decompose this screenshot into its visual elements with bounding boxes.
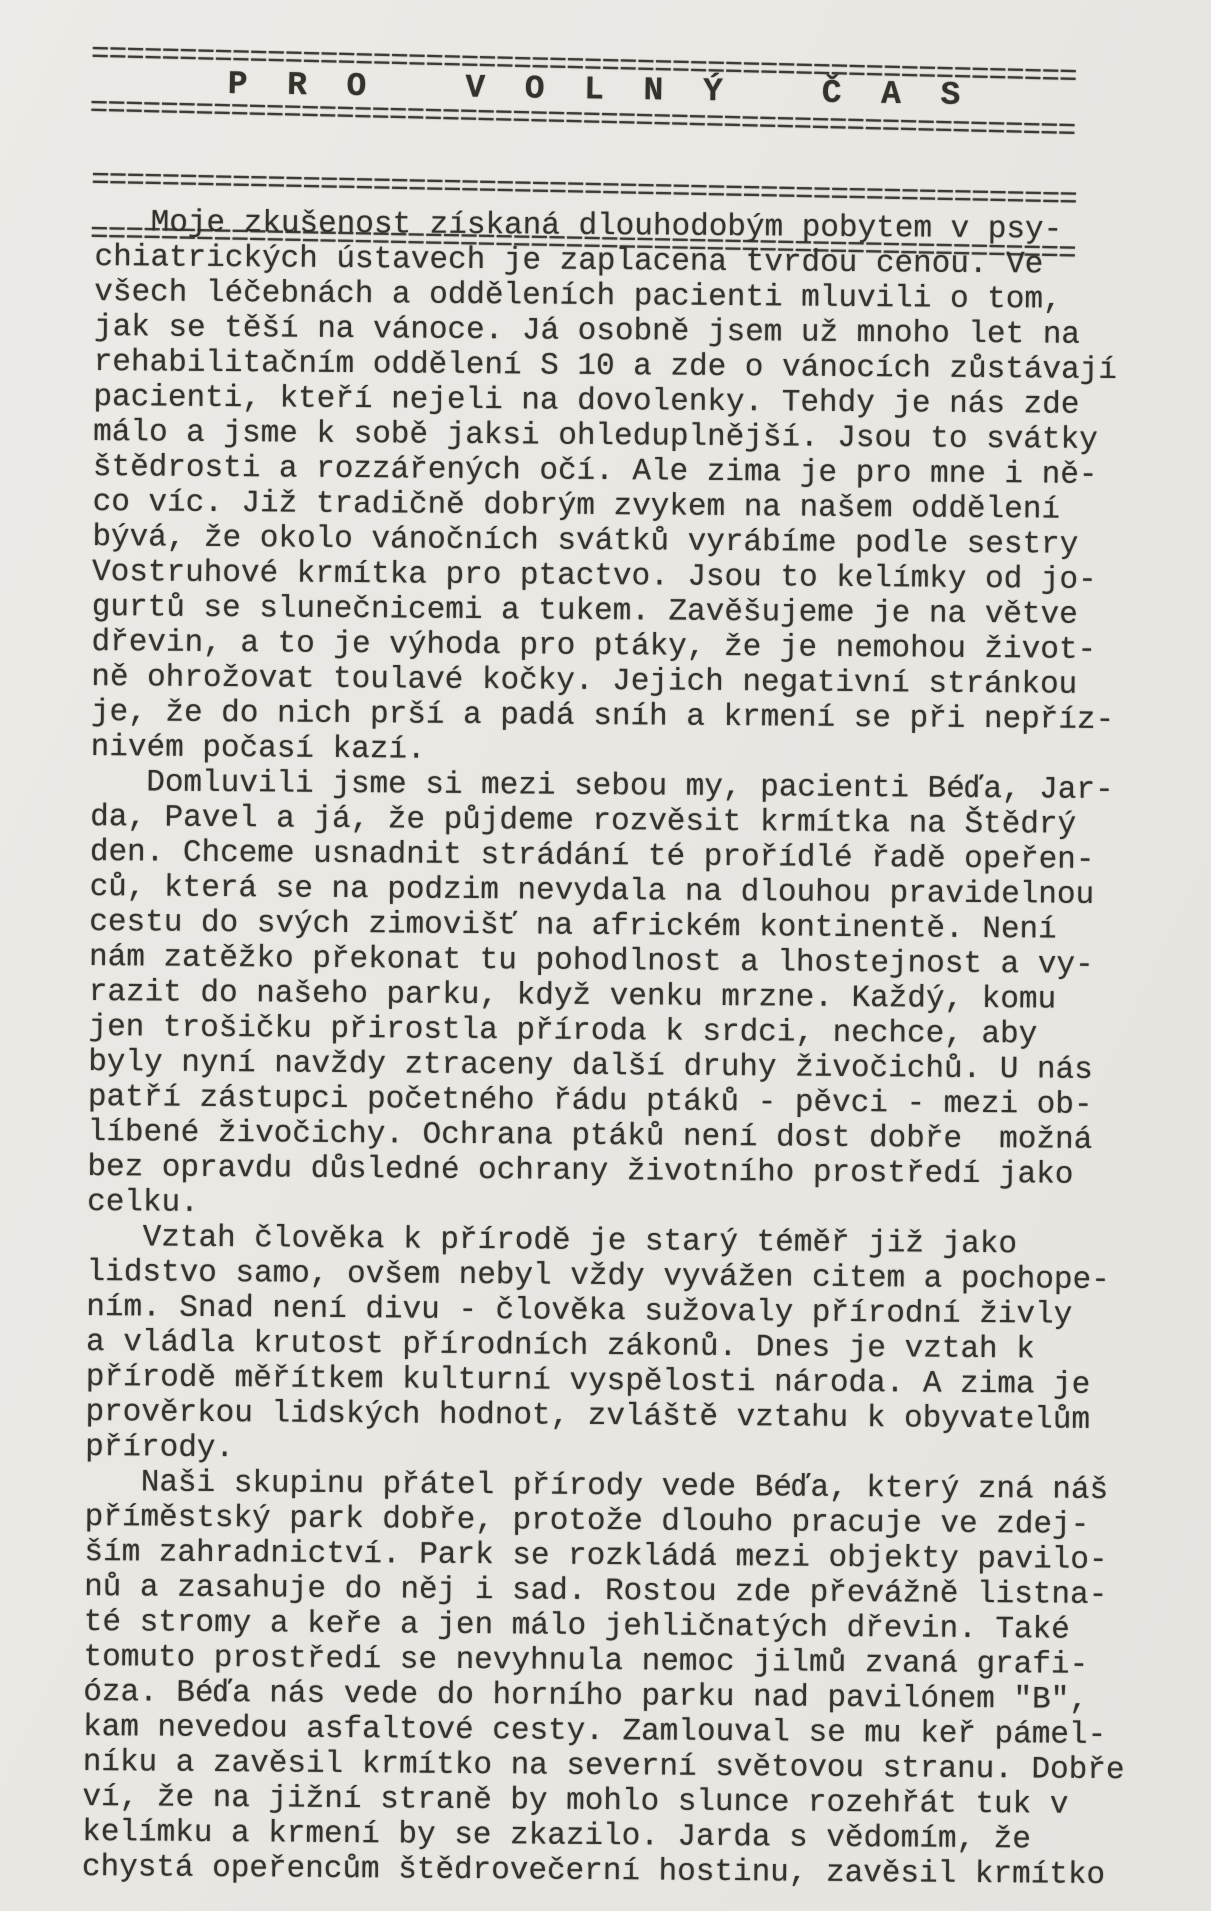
paragraph-4: Naši skupinu přátel přírody vede Béďa, k… bbox=[82, 1465, 1170, 1894]
paragraph-1: Moje zkušenost získaná dlouhodobým pobyt… bbox=[91, 205, 1180, 774]
document-body: Moje zkušenost získaná dlouhodobým pobyt… bbox=[82, 205, 1180, 1893]
typewritten-page: { "page": { "title": "P R O V O L N Ý Č … bbox=[0, 0, 1211, 1911]
paragraph-2: Domluvili jsme si mezi sebou my, pacient… bbox=[87, 765, 1176, 1229]
paragraph-3: Vztah člověka k přírodě je starý téměř j… bbox=[85, 1220, 1172, 1474]
